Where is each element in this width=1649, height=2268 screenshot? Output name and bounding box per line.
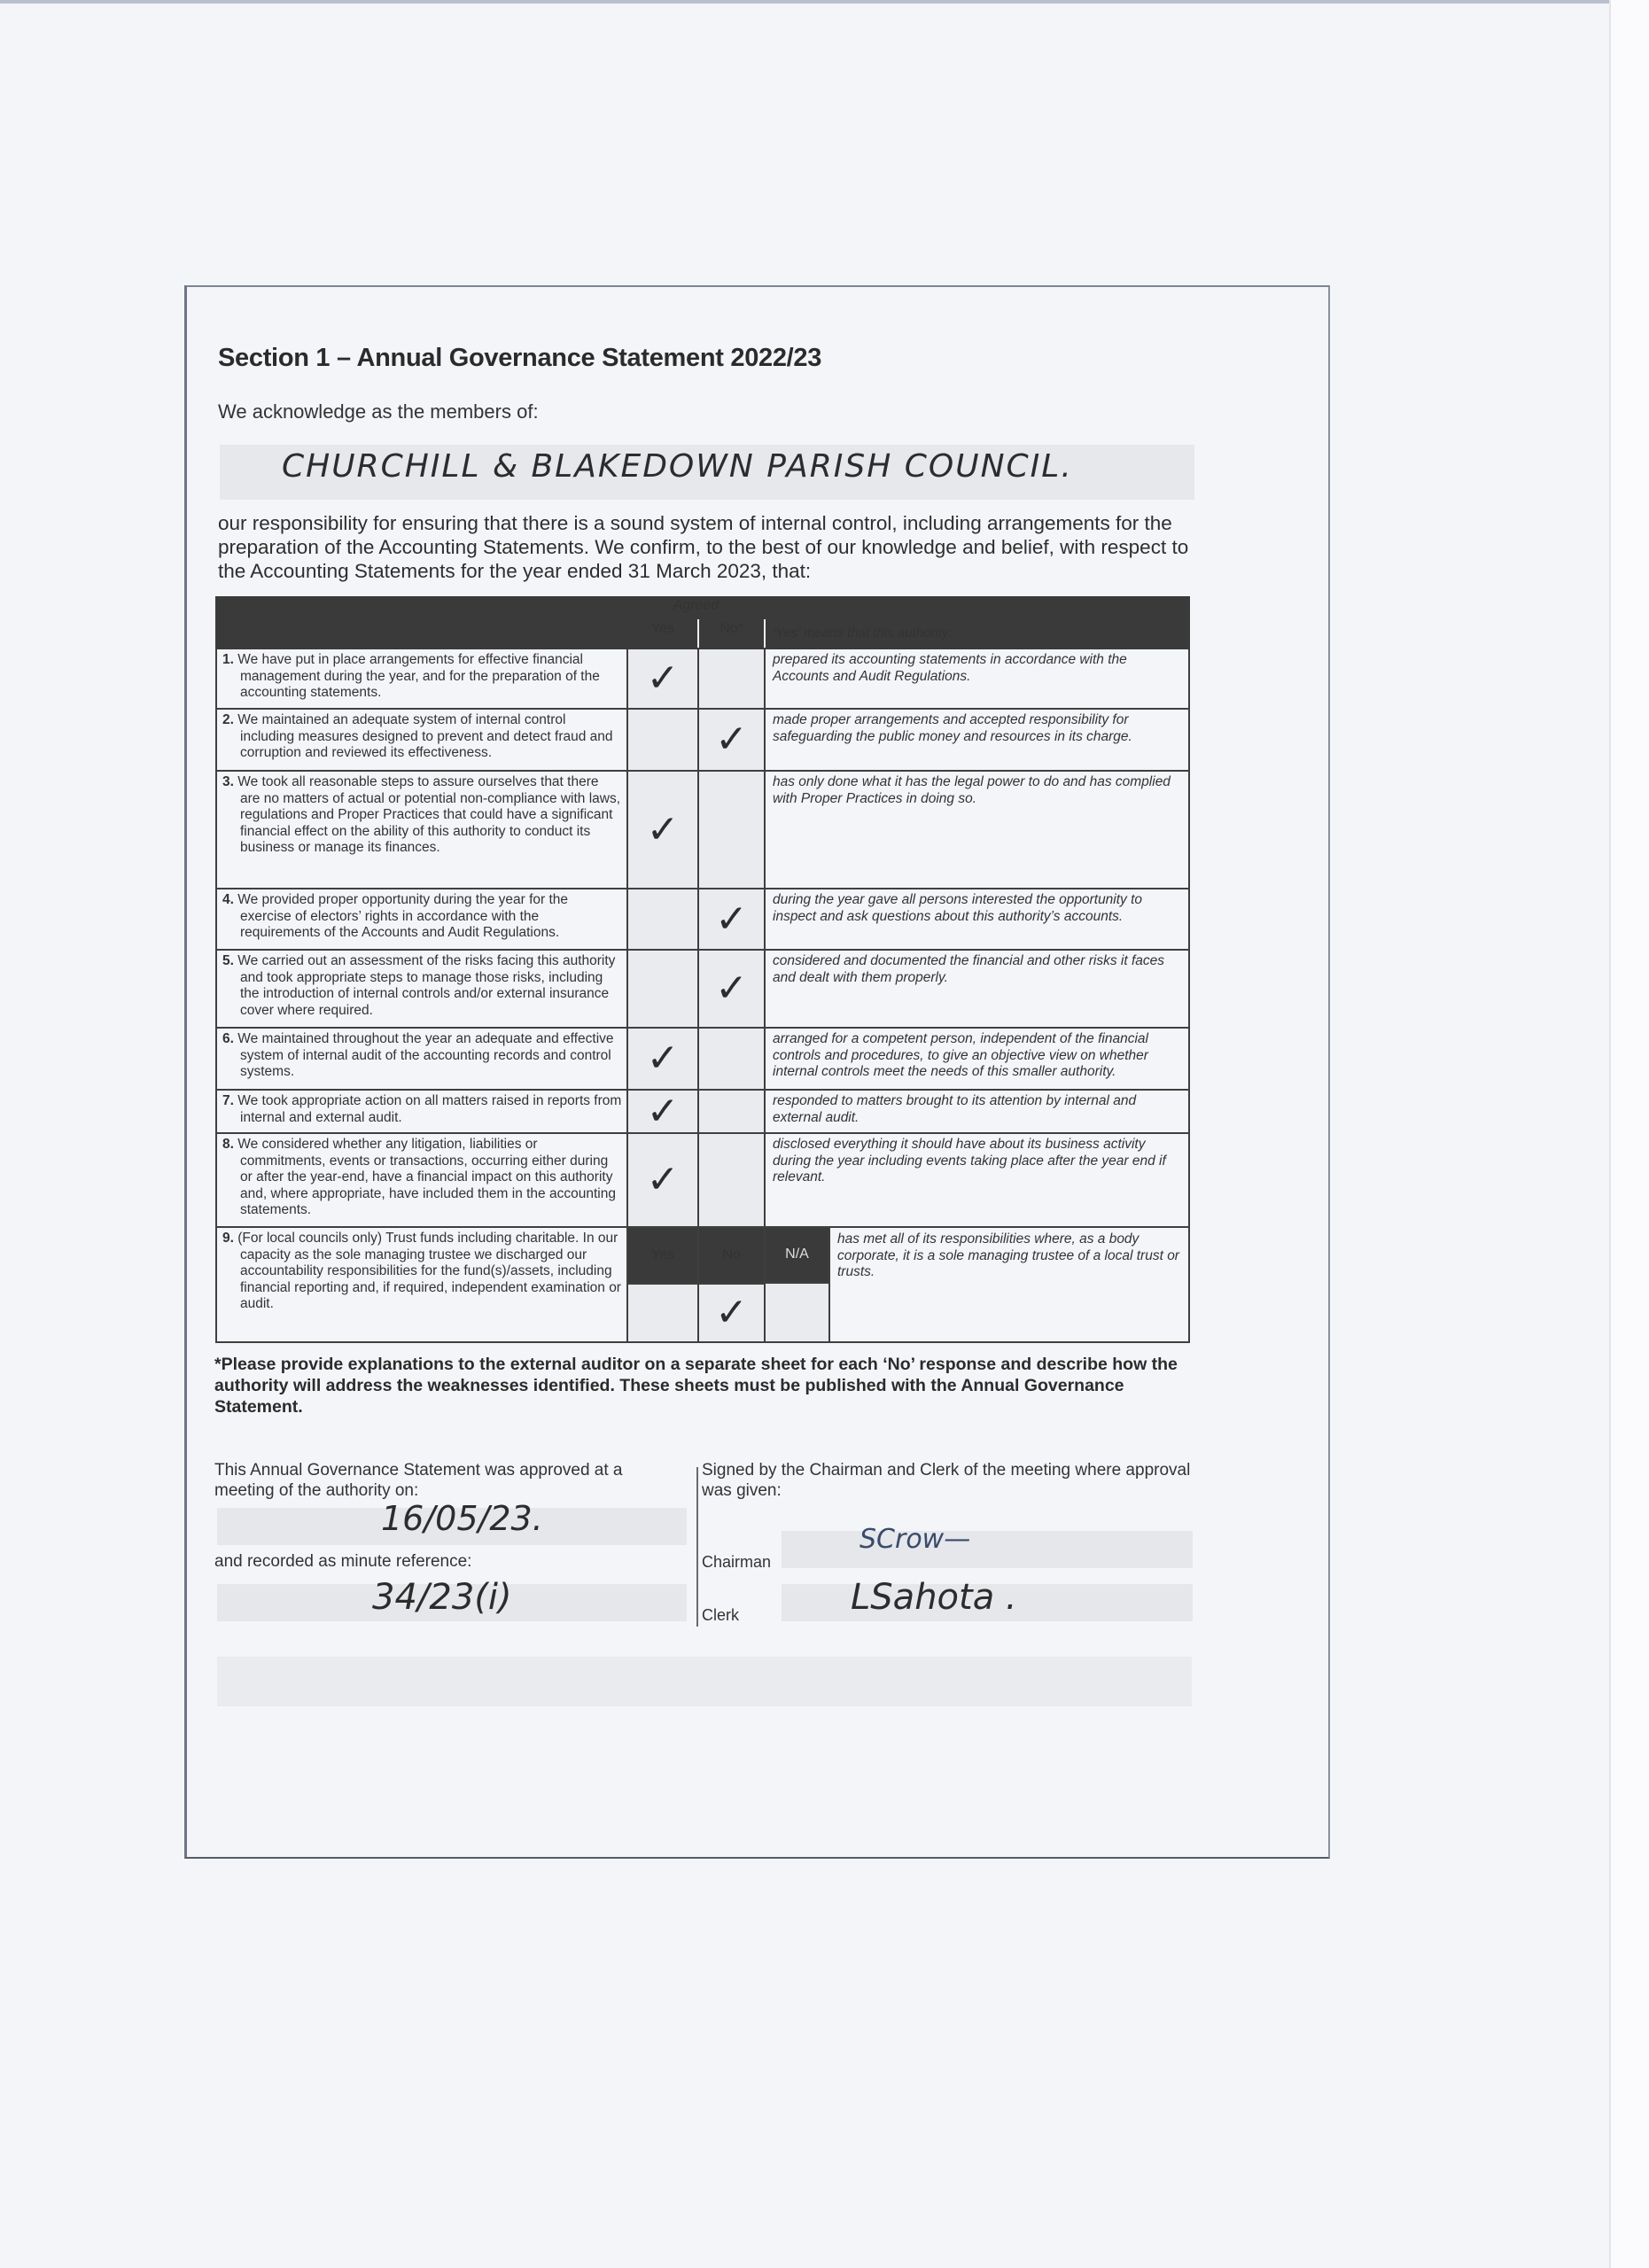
no-checkbox-3[interactable] [698,771,765,889]
no-checkbox-7[interactable] [698,1090,765,1133]
statement-5: 5. We carried out an assessment of the r… [216,950,627,1028]
meaning-3: has only done what it has the legal powe… [765,771,1189,889]
yes-checkbox-2[interactable] [627,709,698,771]
checkmark-icon: ✓ [647,656,680,701]
meaning-4: during the year gave all persons interes… [765,889,1189,950]
intro-paragraph: our responsibility for ensuring that the… [218,511,1202,583]
table-row: 3. We took all reasonable steps to assur… [216,771,1189,889]
blank-field[interactable] [217,1657,1192,1706]
no-checkbox-5[interactable]: ✓ [698,950,765,1028]
approval-date-value: 16/05/23. [381,1499,543,1538]
statement-2: 2. We maintained an adequate system of i… [216,709,627,771]
table-row: 7. We took appropriate action on all mat… [216,1090,1189,1133]
no-checkbox-1[interactable] [698,649,765,709]
yes-checkbox-3[interactable]: ✓ [627,771,698,889]
chairman-label: Chairman [702,1553,771,1572]
yes-checkbox-9[interactable] [627,1284,698,1342]
minute-reference-value: 34/23(i) [372,1577,512,1618]
trust-right-cell: N/A has met all of its responsibilities … [765,1227,1189,1342]
statement-4: 4. We provided proper opportunity during… [216,889,627,950]
trust-row: 9. (For local councils only) Trust funds… [216,1227,1189,1284]
header-agreed: Agreed [627,597,765,618]
meaning-1: prepared its accounting statements in ac… [765,649,1189,709]
statement-3: 3. We took all reasonable steps to assur… [216,771,627,889]
na-checkbox-9[interactable] [766,1284,828,1341]
scan-right-margin [1609,0,1649,2268]
footnote: *Please provide explanations to the exte… [214,1354,1198,1417]
trust-header-yes: Yes [627,1227,698,1284]
no-checkbox-6[interactable] [698,1028,765,1090]
statement-1: 1. We have put in place arrangements for… [216,649,627,709]
statement-6: 6. We maintained throughout the year an … [216,1028,627,1090]
signature-divider [696,1467,698,1627]
checkmark-icon: ✓ [715,897,748,942]
meaning-6: arranged for a competent person, indepen… [765,1028,1189,1090]
yes-checkbox-7[interactable]: ✓ [627,1090,698,1133]
no-checkbox-2[interactable]: ✓ [698,709,765,771]
meaning-2: made proper arrangements and accepted re… [765,709,1189,771]
checkmark-icon: ✓ [715,1290,748,1335]
chairman-signature-field[interactable] [782,1531,1193,1568]
meaning-7: responded to matters brought to its atte… [765,1090,1189,1133]
header-yes-means: ‘Yes’ means that this authority: [765,618,1189,649]
no-checkbox-9[interactable]: ✓ [698,1284,765,1342]
table-row: 8. We considered whether any litigation,… [216,1133,1189,1227]
approved-text: This Annual Governance Statement was app… [214,1460,657,1501]
yes-checkbox-8[interactable]: ✓ [627,1133,698,1227]
no-checkbox-8[interactable] [698,1133,765,1227]
statement-9: 9. (For local councils only) Trust funds… [216,1227,627,1342]
checkmark-icon: ✓ [647,807,680,852]
table-row: 5. We carried out an assessment of the r… [216,950,1189,1028]
checkmark-icon: ✓ [647,1089,680,1134]
table-row: 6. We maintained throughout the year an … [216,1028,1189,1090]
governance-table: Agreed Yes No* ‘Yes’ means that this aut… [215,596,1190,1343]
statement-8: 8. We considered whether any litigation,… [216,1133,627,1227]
minute-reference-label: and recorded as minute reference: [214,1552,471,1572]
yes-checkbox-5[interactable] [627,950,698,1028]
checkmark-icon: ✓ [647,1036,680,1081]
yes-checkbox-1[interactable]: ✓ [627,649,698,709]
trust-header-no: No [698,1227,765,1284]
scan-top-edge [0,0,1649,4]
meaning-8: disclosed everything it should have abou… [765,1133,1189,1227]
header-blank [216,597,627,649]
signed-text: Signed by the Chairman and Clerk of the … [702,1460,1198,1501]
yes-checkbox-4[interactable] [627,889,698,950]
header-no: No* [698,618,765,649]
meaning-9: has met all of its responsibilities wher… [830,1228,1188,1341]
table-row: 1. We have put in place arrangements for… [216,649,1189,709]
page-title: Section 1 – Annual Governance Statement … [218,344,821,373]
checkmark-icon: ✓ [647,1157,680,1202]
meaning-5: considered and documented the financial … [765,950,1189,1028]
authority-name-value: CHURCHILL & BLAKEDOWN PARISH COUNCIL. [282,448,1073,485]
checkmark-icon: ✓ [715,966,748,1011]
statement-7: 7. We took appropriate action on all mat… [216,1090,627,1133]
header-blank-right [765,597,1189,618]
chairman-signature: SCrow— [860,1524,970,1555]
yes-checkbox-6[interactable]: ✓ [627,1028,698,1090]
clerk-signature: LSahota . [851,1577,1017,1618]
clerk-label: Clerk [702,1606,739,1625]
acknowledge-label: We acknowledge as the members of: [218,400,539,423]
trust-header-na: N/A [766,1228,828,1284]
no-checkbox-4[interactable]: ✓ [698,889,765,950]
checkmark-icon: ✓ [715,717,748,762]
header-yes: Yes [627,618,698,649]
table-row: 2. We maintained an adequate system of i… [216,709,1189,771]
table-row: 4. We provided proper opportunity during… [216,889,1189,950]
